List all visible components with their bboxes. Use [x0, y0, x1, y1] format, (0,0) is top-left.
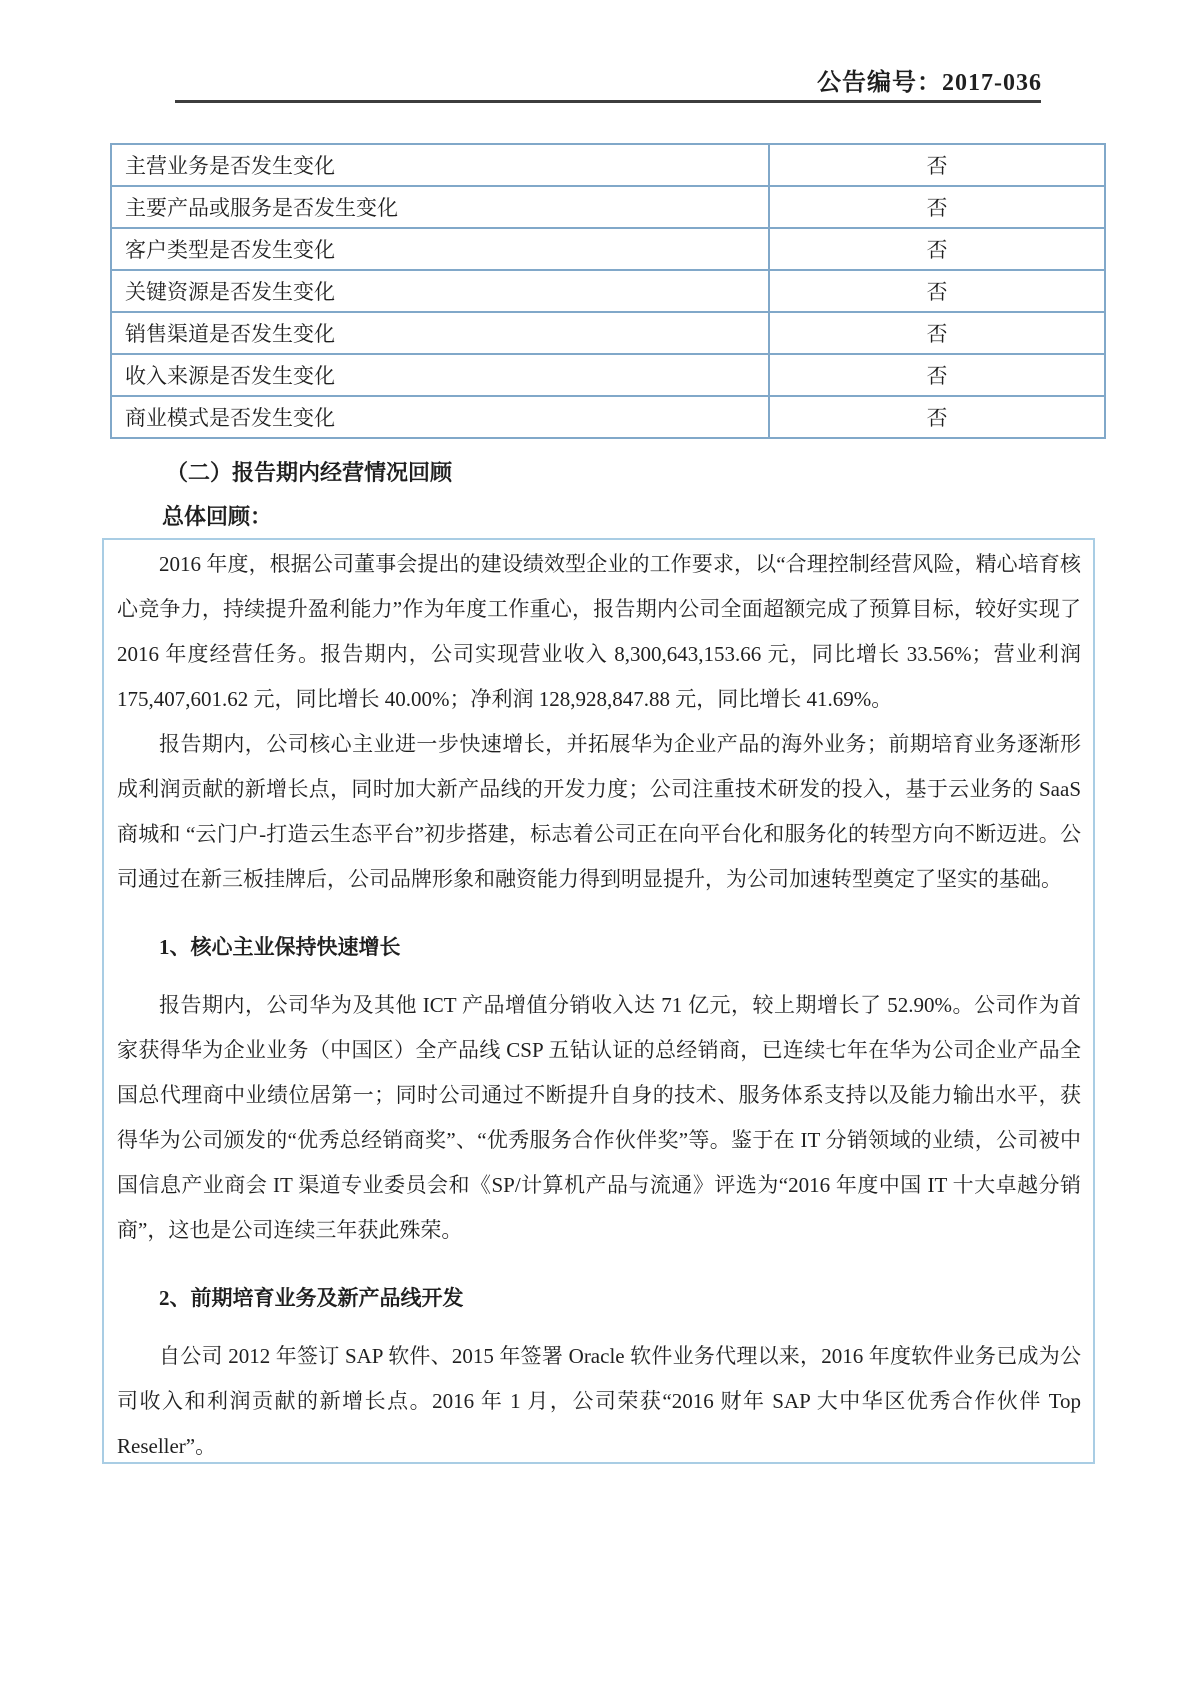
row-label: 主营业务是否发生变化	[111, 144, 769, 186]
row-label: 关键资源是否发生变化	[111, 270, 769, 312]
row-value: 否	[769, 144, 1105, 186]
table-row: 客户类型是否发生变化 否	[111, 228, 1105, 270]
review-block: 报告期内，公司核心主业进一步快速增长，并拓展华为企业产品的海外业务；前期培育业务…	[117, 722, 1081, 902]
row-value: 否	[769, 186, 1105, 228]
row-label: 主要产品或服务是否发生变化	[111, 186, 769, 228]
review-box: 2016 年度，根据公司董事会提出的建设绩效型企业的工作要求，以“合理控制经营风…	[102, 538, 1095, 1464]
business-change-table: 主营业务是否发生变化 否 主要产品或服务是否发生变化 否 客户类型是否发生变化 …	[110, 143, 1106, 439]
row-value: 否	[769, 228, 1105, 270]
header-rule	[175, 100, 1041, 103]
row-value: 否	[769, 312, 1105, 354]
review-block: 2、前期培育业务及新产品线开发	[117, 1276, 1081, 1321]
overall-review-label: 总体回顾：	[162, 500, 272, 531]
review-block: 2016 年度，根据公司董事会提出的建设绩效型企业的工作要求，以“合理控制经营风…	[117, 542, 1081, 722]
row-value: 否	[769, 396, 1105, 438]
review-block: 1、核心主业保持快速增长	[117, 925, 1081, 970]
table-row: 销售渠道是否发生变化 否	[111, 312, 1105, 354]
row-value: 否	[769, 354, 1105, 396]
table-row: 商业模式是否发生变化 否	[111, 396, 1105, 438]
row-label: 商业模式是否发生变化	[111, 396, 769, 438]
row-label: 客户类型是否发生变化	[111, 228, 769, 270]
business-change-table-body: 主营业务是否发生变化 否 主要产品或服务是否发生变化 否 客户类型是否发生变化 …	[111, 144, 1105, 438]
section-heading: （二）报告期内经营情况回顾	[166, 456, 452, 487]
table-row: 主营业务是否发生变化 否	[111, 144, 1105, 186]
row-label: 收入来源是否发生变化	[111, 354, 769, 396]
document-page: 公告编号：2017-036 主营业务是否发生变化 否 主要产品或服务是否发生变化…	[0, 0, 1200, 1697]
table-row: 主要产品或服务是否发生变化 否	[111, 186, 1105, 228]
review-block: 报告期内，公司华为及其他 ICT 产品增值分销收入达 71 亿元，较上期增长了 …	[117, 983, 1081, 1253]
announcement-number: 公告编号：2017-036	[817, 62, 1042, 97]
review-block: 自公司 2012 年签订 SAP 软件、2015 年签署 Oracle 软件业务…	[117, 1334, 1081, 1464]
row-label: 销售渠道是否发生变化	[111, 312, 769, 354]
table-row: 关键资源是否发生变化 否	[111, 270, 1105, 312]
row-value: 否	[769, 270, 1105, 312]
table-row: 收入来源是否发生变化 否	[111, 354, 1105, 396]
